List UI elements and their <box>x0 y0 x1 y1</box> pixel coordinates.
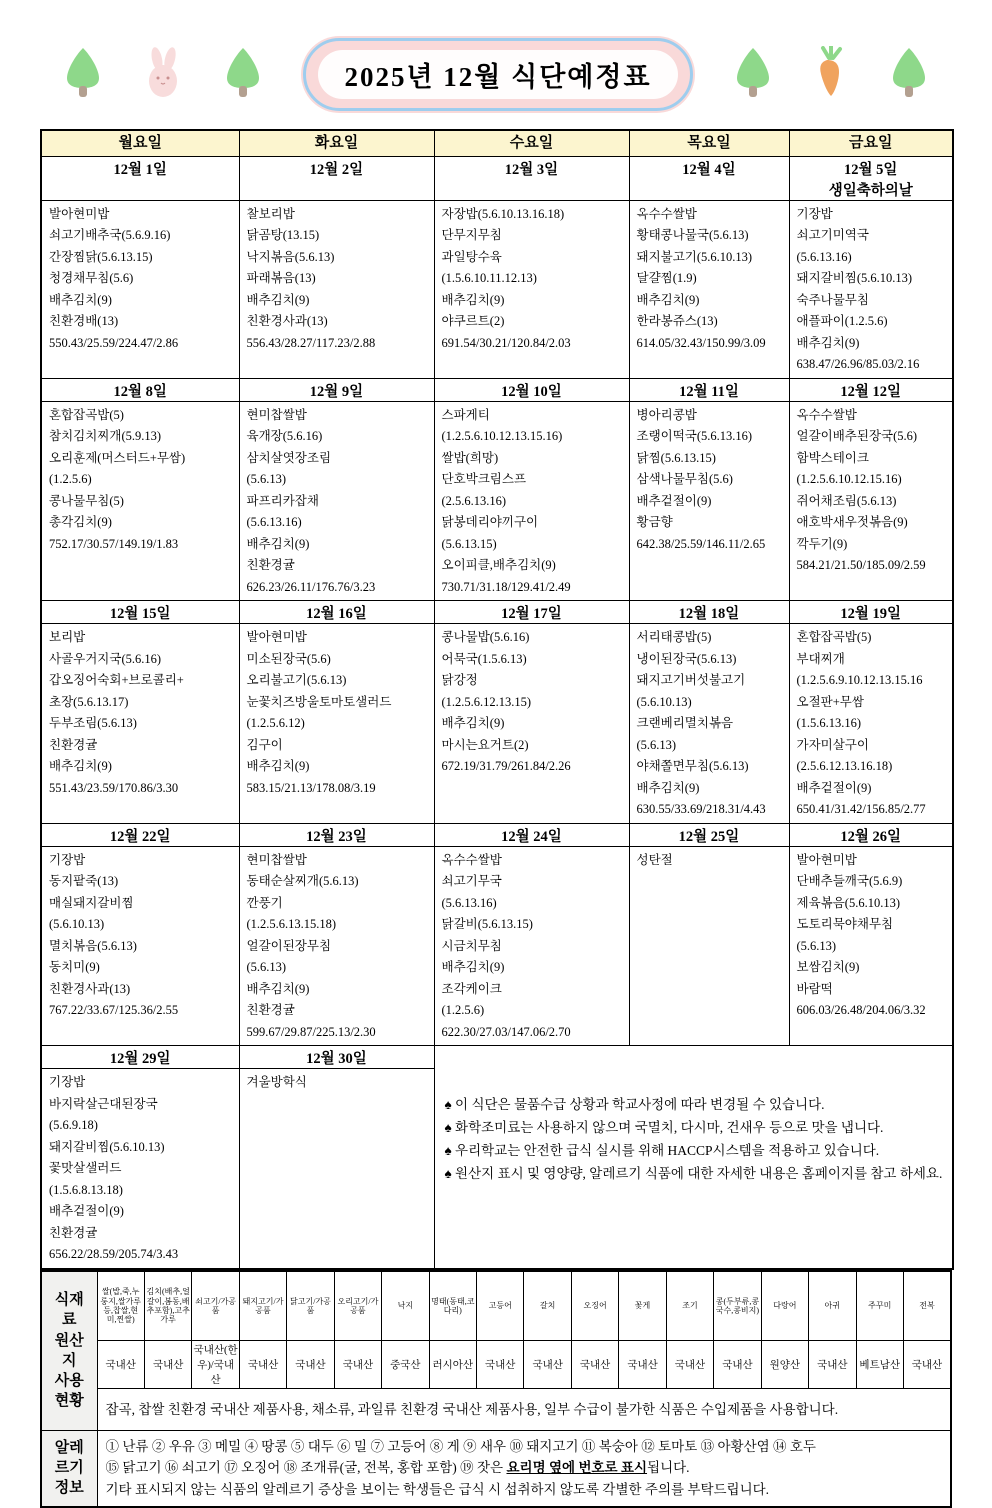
week3-menu-row: 보리밥 사골우거지국(5.6.16) 갑오징어숙회+브로콜리+ 초장(5.6.1… <box>41 624 953 824</box>
menu-cell: 찰보리밥 닭곰탕(13.15) 낙지볶음(5.6.13) 파래볶음(13) 배추… <box>239 200 434 378</box>
tree-icon <box>731 46 775 103</box>
date-cell: 12월 8일 <box>41 378 239 401</box>
menu-cell: 자장밥(5.6.10.13.16.18) 단무지무침 과일탕수육 (1.5.6.… <box>434 200 629 378</box>
ingredient-name: 쇠고기/가공품 <box>192 1271 239 1341</box>
date-cell: 12월 15일 <box>41 601 239 624</box>
ingredient-origin: 국내산 <box>334 1341 381 1389</box>
ingredient-origin: 국내산 <box>571 1341 618 1389</box>
date-cell: 12월 25일 <box>629 823 789 846</box>
date-cell: 12월 18일 <box>629 601 789 624</box>
origin-names-row: 식재 료 원산 지 사용 현황 쌀(밥,죽,누룽지,쌀가루등,찹쌀,현미,찐쌀)… <box>41 1271 951 1341</box>
week3-date-row: 12월 15일 12월 16일 12월 17일 12월 18일 12월 19일 <box>41 601 953 624</box>
date-cell: 12월 23일 <box>239 823 434 846</box>
allergy-info-text: ① 난류 ② 우유 ③ 메밀 ④ 땅콩 ⑤ 대두 ⑥ 밀 ⑦ 고등어 ⑧ 게 ⑨… <box>97 1431 951 1507</box>
date-cell: 12월 16일 <box>239 601 434 624</box>
ingredient-name: 전복 <box>903 1271 951 1341</box>
date-cell: 12월 9일 <box>239 378 434 401</box>
ingredient-name: 김치(배추,얼갈이,봄동,배추포함),고추가루 <box>144 1271 191 1341</box>
date-cell: 12월 24일 <box>434 823 629 846</box>
weekday-header-tue: 화요일 <box>239 130 434 156</box>
weekday-header-fri: 금요일 <box>789 130 953 156</box>
ingredient-origin: 국내산 <box>714 1341 761 1389</box>
birthday-note: 생일축하의날 <box>790 179 953 200</box>
origin-values-row: 국내산 국내산 국내산(한우)/국내산 국내산 국내산 국내산 중국산 러시아산… <box>41 1341 951 1389</box>
date-cell: 12월 29일 <box>41 1046 239 1069</box>
allergy-line-1: ① 난류 ② 우유 ③ 메밀 ④ 땅콩 ⑤ 대두 ⑥ 밀 ⑦ 고등어 ⑧ 게 ⑨… <box>106 1436 943 1458</box>
ingredient-origin: 국내산(한우)/국내산 <box>192 1341 239 1389</box>
ingredient-name: 돼지고기/가공품 <box>239 1271 286 1341</box>
menu-cell: 현미찹쌀밥 육개장(5.6.16) 삼치살엿장조림 (5.6.13) 파프리카잡… <box>239 401 434 601</box>
date-cell: 12월 26일 <box>789 823 953 846</box>
menu-cell: 옥수수쌀밥 쇠고기무국 (5.6.13.16) 닭갈비(5.6.13.15) 시… <box>434 846 629 1046</box>
ingredient-name: 닭고기/가공품 <box>287 1271 334 1341</box>
ingredient-origin: 베트남산 <box>856 1341 903 1389</box>
weekday-header-wed: 수요일 <box>434 130 629 156</box>
ingredient-name: 꽃게 <box>619 1271 666 1341</box>
ingredient-origin: 국내산 <box>239 1341 286 1389</box>
weekday-header-row: 월요일 화요일 수요일 목요일 금요일 <box>41 130 953 156</box>
ingredient-name: 주꾸미 <box>856 1271 903 1341</box>
ingredient-name: 오리고기/가공품 <box>334 1271 381 1341</box>
ingredient-name: 오징어 <box>571 1271 618 1341</box>
ingredient-name: 명태(동태,코다리) <box>429 1271 476 1341</box>
menu-calendar-table: 월요일 화요일 수요일 목요일 금요일 12월 1일 12월 2일 12월 3일… <box>40 129 954 1270</box>
tree-icon <box>221 46 265 103</box>
date-cell: 12월 4일 <box>629 156 789 200</box>
date-label: 12월 5일 <box>790 158 953 179</box>
ingredient-origin: 국내산 <box>144 1341 191 1389</box>
banner: 2025년 12월 식단예정표 <box>0 0 992 125</box>
week4-menu-row: 기장밥 동지팥죽(13) 매실돼지갈비찜 (5.6.10.13) 멸치볶음(5.… <box>41 846 953 1046</box>
menu-cell: 서리태콩밥(5) 냉이된장국(5.6.13) 돼지고기버섯불고기 (5.6.10… <box>629 624 789 824</box>
ingredient-name: 낙지 <box>382 1271 429 1341</box>
menu-cell: 혼합잡곡밥(5) 참치김치찌개(5.9.13) 오리훈제(머스터드+무쌈) (1… <box>41 401 239 601</box>
weekday-header-mon: 월요일 <box>41 130 239 156</box>
week5-date-row: 12월 29일 12월 30일 ♠ 이 식단은 물품수급 상황과 학교사정에 따… <box>41 1046 953 1069</box>
date-cell: 12월 5일 생일축하의날 <box>789 156 953 200</box>
week2-date-row: 12월 8일 12월 9일 12월 10일 12월 11일 12월 12일 <box>41 378 953 401</box>
menu-cell: 기장밥 쇠고기미역국 (5.6.13.16) 돼지갈비찜(5.6.10.13) … <box>789 200 953 378</box>
ingredient-name: 콩(두부류,콩국수,콩비지) <box>714 1271 761 1341</box>
origin-usage-text: 잡곡, 찹쌀 친환경 국내산 제품사용, 채소류, 과일류 친환경 국내산 제품… <box>97 1389 951 1431</box>
date-cell: 12월 17일 <box>434 601 629 624</box>
date-cell: 12월 1일 <box>41 156 239 200</box>
holiday-cell: 성탄절 <box>629 846 789 1046</box>
title-badge: 2025년 12월 식단예정표 <box>303 38 692 111</box>
ingredient-name: 조기 <box>666 1271 713 1341</box>
weekday-header-thu: 목요일 <box>629 130 789 156</box>
ingredient-origin: 러시아산 <box>429 1341 476 1389</box>
origin-section-label: 식재 료 원산 지 사용 현황 <box>41 1271 97 1431</box>
ingredient-origin: 국내산 <box>524 1341 571 1389</box>
ingredient-origin: 중국산 <box>382 1341 429 1389</box>
notice-block: ♠ 이 식단은 물품수급 상황과 학교사정에 따라 변경될 수 있습니다. ♠ … <box>434 1046 953 1269</box>
ingredient-origin: 국내산 <box>97 1341 144 1389</box>
menu-cell: 혼합잡곡밥(5) 부대찌개 (1.2.5.6.9.10.12.13.15.16 … <box>789 624 953 824</box>
ingredient-name: 아귀 <box>809 1271 856 1341</box>
date-cell: 12월 19일 <box>789 601 953 624</box>
week1-date-row: 12월 1일 12월 2일 12월 3일 12월 4일 12월 5일 생일축하의… <box>41 156 953 200</box>
menu-cell: 발아현미밥 단배추들깨국(5.6.9) 제육볶음(5.6.10.13) 도토리묵… <box>789 846 953 1046</box>
ingredient-origin: 국내산 <box>809 1341 856 1389</box>
ingredient-origin: 국내산 <box>619 1341 666 1389</box>
rabbit-icon <box>143 46 183 103</box>
date-cell: 12월 12일 <box>789 378 953 401</box>
date-cell: 12월 22일 <box>41 823 239 846</box>
date-cell: 12월 11일 <box>629 378 789 401</box>
menu-cell: 옥수수쌀밥 황태콩나물국(5.6.13) 돼지불고기(5.6.10.13) 달걀… <box>629 200 789 378</box>
date-cell: 12월 10일 <box>434 378 629 401</box>
menu-cell: 보리밥 사골우거지국(5.6.16) 갑오징어숙회+브로콜리+ 초장(5.6.1… <box>41 624 239 824</box>
tree-icon <box>887 46 931 103</box>
ingredient-name: 고등어 <box>477 1271 524 1341</box>
date-cell: 12월 30일 <box>239 1046 434 1069</box>
page-title: 2025년 12월 식단예정표 <box>344 62 651 92</box>
allergy-section-label: 알레 르기 정보 <box>41 1431 97 1507</box>
ingredient-origin: 국내산 <box>477 1341 524 1389</box>
allergy-line-2-emphasis: 요리명 옆에 번호로 표시 <box>506 1460 647 1475</box>
menu-cell: 옥수수쌀밥 얼갈이배추된장국(5.6) 함박스테이크 (1.2.5.6.10.1… <box>789 401 953 601</box>
date-cell: 12월 3일 <box>434 156 629 200</box>
week1-menu-row: 발아현미밥 쇠고기배추국(5.6.9.16) 간장찜닭(5.6.13.15) 청… <box>41 200 953 378</box>
allergy-line-2: ⑮ 닭고기 ⑯ 쇠고기 ⑰ 오징어 ⑱ 조개류(굴, 전복, 홍합 포함) ⑲ … <box>106 1457 943 1479</box>
ingredient-name: 다랑어 <box>761 1271 808 1341</box>
week2-menu-row: 혼합잡곡밥(5) 참치김치찌개(5.9.13) 오리훈제(머스터드+무쌈) (1… <box>41 401 953 601</box>
ingredient-origin: 원양산 <box>761 1341 808 1389</box>
menu-cell: 발아현미밥 쇠고기배추국(5.6.9.16) 간장찜닭(5.6.13.15) 청… <box>41 200 239 378</box>
ingredient-origin: 국내산 <box>903 1341 951 1389</box>
ingredient-origin: 국내산 <box>666 1341 713 1389</box>
allergy-row: 알레 르기 정보 ① 난류 ② 우유 ③ 메밀 ④ 땅콩 ⑤ 대두 ⑥ 밀 ⑦ … <box>41 1431 951 1507</box>
menu-cell: 발아현미밥 미소된장국(5.6) 오리불고기(5.6.13) 눈꽃치즈방울토마토… <box>239 624 434 824</box>
carrot-icon <box>813 46 849 103</box>
origin-usage-row: 잡곡, 찹쌀 친환경 국내산 제품사용, 채소류, 과일류 친환경 국내산 제품… <box>41 1389 951 1431</box>
allergy-line-3: 기타 표시되지 않는 식품의 알레르기 증상을 보이는 학생들은 급식 시 섭취… <box>106 1479 943 1501</box>
ingredient-name: 쌀(밥,죽,누룽지,쌀가루등,찹쌀,현미,찐쌀) <box>97 1271 144 1341</box>
tree-icon <box>61 46 105 103</box>
date-cell: 12월 2일 <box>239 156 434 200</box>
menu-cell: 현미찹쌀밥 동태순살찌개(5.6.13) 깐풍기 (1.2.5.6.13.15.… <box>239 846 434 1046</box>
ingredient-origin: 국내산 <box>287 1341 334 1389</box>
origin-allergy-table: 식재 료 원산 지 사용 현황 쌀(밥,죽,누룽지,쌀가루등,찹쌀,현미,찐쌀)… <box>40 1270 952 1508</box>
vacation-cell: 겨울방학식 <box>239 1069 434 1269</box>
menu-cell: 기장밥 동지팥죽(13) 매실돼지갈비찜 (5.6.10.13) 멸치볶음(5.… <box>41 846 239 1046</box>
menu-cell: 스파게티 (1.2.5.6.10.12.13.15.16) 쌀밥(희망) 단호박… <box>434 401 629 601</box>
menu-cell: 기장밥 바지락살근대된장국 (5.6.9.18) 돼지갈비찜(5.6.10.13… <box>41 1069 239 1269</box>
menu-cell: 콩나물밥(5.6.16) 어묵국(1.5.6.13) 닭강정 (1.2.5.6.… <box>434 624 629 824</box>
menu-cell: 병아리콩밥 조랭이떡국(5.6.13.16) 닭찜(5.6.13.15) 삼색나… <box>629 401 789 601</box>
ingredient-name: 갈치 <box>524 1271 571 1341</box>
week4-date-row: 12월 22일 12월 23일 12월 24일 12월 25일 12월 26일 <box>41 823 953 846</box>
